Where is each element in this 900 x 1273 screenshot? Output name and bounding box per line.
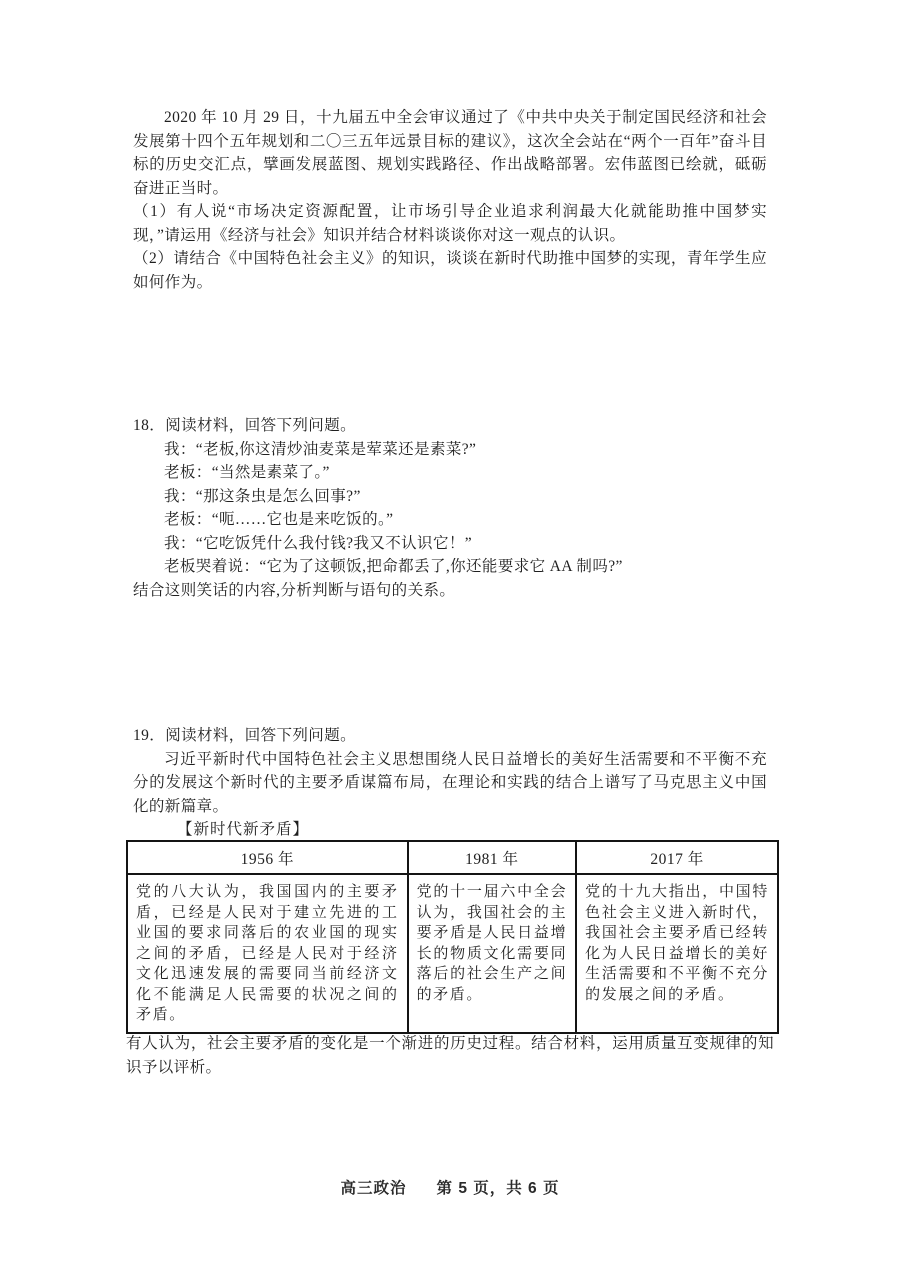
question-19-heading: 19．阅读材料，回答下列问题。 [133, 724, 767, 748]
question-18-heading: 18．阅读材料，回答下列问题。 [133, 414, 767, 438]
dialogue-line: 老板：“当然是素菜了。” [133, 461, 767, 485]
question-17-material: 2020 年 10 月 29 日，十九届五中全会审议通过了《中共中央关于制定国民… [133, 106, 767, 200]
table-header-1956: 1956 年 [127, 841, 408, 874]
footer-page-number: 第 5 页，共 6 页 [437, 1176, 560, 1198]
question-17-part-2: （2）请结合《中国特色社会主义》的知识，谈谈在新时代助推中国梦的实现，青年学生应… [133, 247, 767, 294]
dialogue-line: 我：“那这条虫是怎么回事?” [133, 485, 767, 509]
table-header-2017: 2017 年 [576, 841, 778, 874]
footer-course-label: 高三政治 [341, 1176, 407, 1198]
page-footer: 高三政治 第 5 页，共 6 页 [0, 1176, 900, 1198]
exam-page: 2020 年 10 月 29 日，十九届五中全会审议通过了《中共中央关于制定国民… [0, 0, 900, 1273]
dialogue-line: 老板：“呃……它也是来吃饭的。” [133, 508, 767, 532]
question-19: 19．阅读材料，回答下列问题。 习近平新时代中国特色社会主义思想围绕人民日益增长… [133, 724, 767, 842]
table-row: 党的八大认为，我国国内的主要矛盾，已经是人民对于建立先进的工业国的要求同落后的农… [127, 874, 778, 1033]
question-17-part-1: （1）有人说“市场决定资源配置，让市场引导企业追求利润最大化就能助推中国梦实现，… [133, 200, 767, 247]
question-18: 18．阅读材料，回答下列问题。 我：“老板,你这清炒油麦菜是荤菜还是素菜?” 老… [133, 414, 767, 602]
dialogue-line: 老板哭着说：“它为了这顿饭,把命都丢了,你还能要求它 AA 制吗?” [133, 555, 767, 579]
dialogue-line: 我：“老板,你这清炒油麦菜是荤菜还是素菜?” [133, 438, 767, 462]
table-header-row: 1956 年 1981 年 2017 年 [127, 841, 778, 874]
table-header-1981: 1981 年 [408, 841, 577, 874]
table-caption: 【新时代新矛盾】 [133, 818, 767, 842]
dialogue-line: 我：“它吃饭凭什么我付钱?我又不认识它！” [133, 532, 767, 556]
table-cell-1981: 党的十一届六中全会认为，我国社会的主要矛盾是人民日益增长的物质文化需要同落后的社… [408, 874, 577, 1033]
question-19-task: 有人认为，社会主要矛盾的变化是一个渐进的历史过程。结合材料，运用质量互变规律的知… [126, 1032, 774, 1080]
table-cell-1956: 党的八大认为，我国国内的主要矛盾，已经是人民对于建立先进的工业国的要求同落后的农… [127, 874, 408, 1033]
question-18-task: 结合这则笑话的内容,分析判断与语句的关系。 [133, 579, 767, 603]
contradiction-comparison-table: 1956 年 1981 年 2017 年 党的八大认为，我国国内的主要矛盾，已经… [126, 840, 779, 1034]
question-19-material: 习近平新时代中国特色社会主义思想围绕人民日益增长的美好生活需要和不平衡不充分的发… [133, 748, 767, 819]
table-cell-2017: 党的十九大指出，中国特色社会主义进入新时代，我国社会主要矛盾已经转化为人民日益增… [576, 874, 778, 1033]
question-17: 2020 年 10 月 29 日，十九届五中全会审议通过了《中共中央关于制定国民… [133, 106, 767, 294]
